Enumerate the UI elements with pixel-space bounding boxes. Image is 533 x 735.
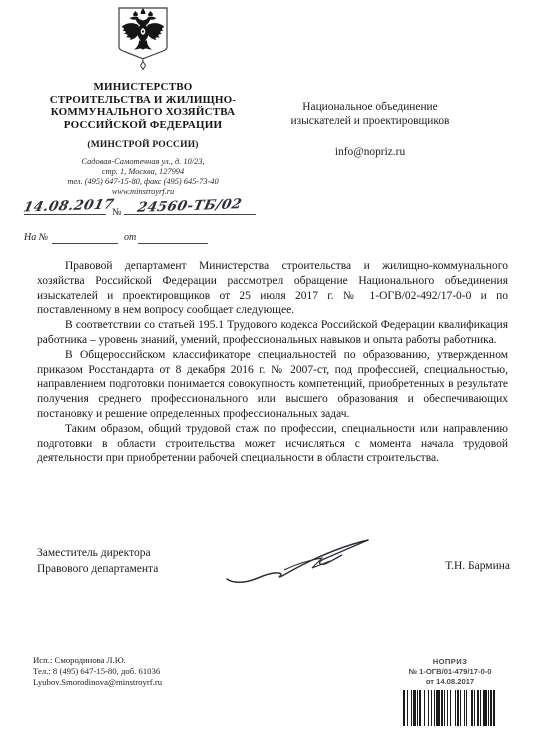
address-line: тел. (495) 647-15-80, факс (495) 645-73-… [20,177,266,187]
letter-date-handwritten: 14.08.2017 [22,196,116,215]
ministry-name: МИНИСТЕРСТВО СТРОИТЕЛЬСТВА И ЖИЛИЩНО- КО… [20,81,266,131]
body-paragraph: В соответствии со статьей 195.1 Трудовог… [37,318,508,348]
recipient-email: info@nopriz.ru [272,146,468,160]
stamp-registration-number: № 1-ОГВ/01-479/17-0-0 [392,667,508,676]
body-paragraph: В Общероссийском классификаторе специаль… [37,348,508,422]
ministry-name-line: КОММУНАЛЬНОГО ХОЗЯЙСТВА [20,106,266,119]
executor-info: Исп.: Смородинова Л.Ю. Тел.: 8 (495) 647… [33,655,162,689]
recipient-block: Национальное объединение изыскателей и п… [272,101,468,160]
ministry-name-line: СТРОИТЕЛЬСТВА И ЖИЛИЩНО- [20,94,266,107]
stamp-registration-date: от 14.08.2017 [392,677,508,686]
body-paragraph: Таким образом, общий трудовой стаж по пр… [37,422,508,466]
executor-phone: Тел.: 8 (495) 647-15-80, доб. 61036 [33,666,162,677]
incoming-registration-stamp: НОПРИЗ № 1-ОГВ/01-479/17-0-0 от 14.08.20… [392,657,508,726]
reply-date-blank [138,243,208,244]
stamp-org-name: НОПРИЗ [392,657,508,666]
address-line: стр. 1, Москва, 127994 [20,167,266,177]
letter-body: Правовой департамент Министерства строит… [37,259,508,466]
body-paragraph: Правовой департамент Министерства строит… [37,259,508,318]
reply-prefix-label: На № [24,232,48,243]
executor-email: Lyubov.Smorodinova@minstroyrf.ru [33,677,162,688]
letter-page: МИНИСТЕРСТВО СТРОИТЕЛЬСТВА И ЖИЛИЩНО- КО… [0,0,533,735]
ministry-address: Садовая-Самотечная ул., д. 10/23, стр. 1… [20,157,266,197]
number-sign-label: № [112,207,122,218]
ministry-short-name: (МИНСТРОЙ РОССИИ) [20,140,266,150]
barcode [403,690,497,726]
signatory-position-line: Заместитель директора [37,546,158,562]
signatory-name: Т.Н. Бармина [420,560,510,572]
reply-number-blank [52,243,118,244]
reply-from-label: от [124,232,136,243]
recipient-name-line: Национальное объединение [272,101,468,115]
ministry-name-line: РОССИЙСКОЙ ФЕДЕРАЦИИ [20,119,266,132]
signatory-position-line: Правового департамента [37,562,158,578]
letter-date-field: 14.08.2017 [24,198,106,215]
signatory-position: Заместитель директора Правового департам… [37,546,158,577]
address-line: Садовая-Самотечная ул., д. 10/23, [20,157,266,167]
reply-reference-line: На № от [20,232,266,248]
recipient-name-line: изыскателей и проектировщиков [272,115,468,129]
letter-number-field: 24560-ТБ/02 [124,198,256,215]
letterhead: МИНИСТЕРСТВО СТРОИТЕЛЬСТВА И ЖИЛИЩНО- КО… [20,6,266,248]
signature-scribble [222,537,380,587]
reference-line: 14.08.2017 № 24560-ТБ/02 [20,200,266,226]
ministry-name-line: МИНИСТЕРСТВО [20,81,266,94]
letter-number-handwritten: 24560-ТБ/02 [136,196,244,216]
coat-of-arms-icon [114,6,172,72]
executor-name: Исп.: Смородинова Л.Ю. [33,655,162,666]
address-line: www.minstroyrf.ru [20,187,266,197]
